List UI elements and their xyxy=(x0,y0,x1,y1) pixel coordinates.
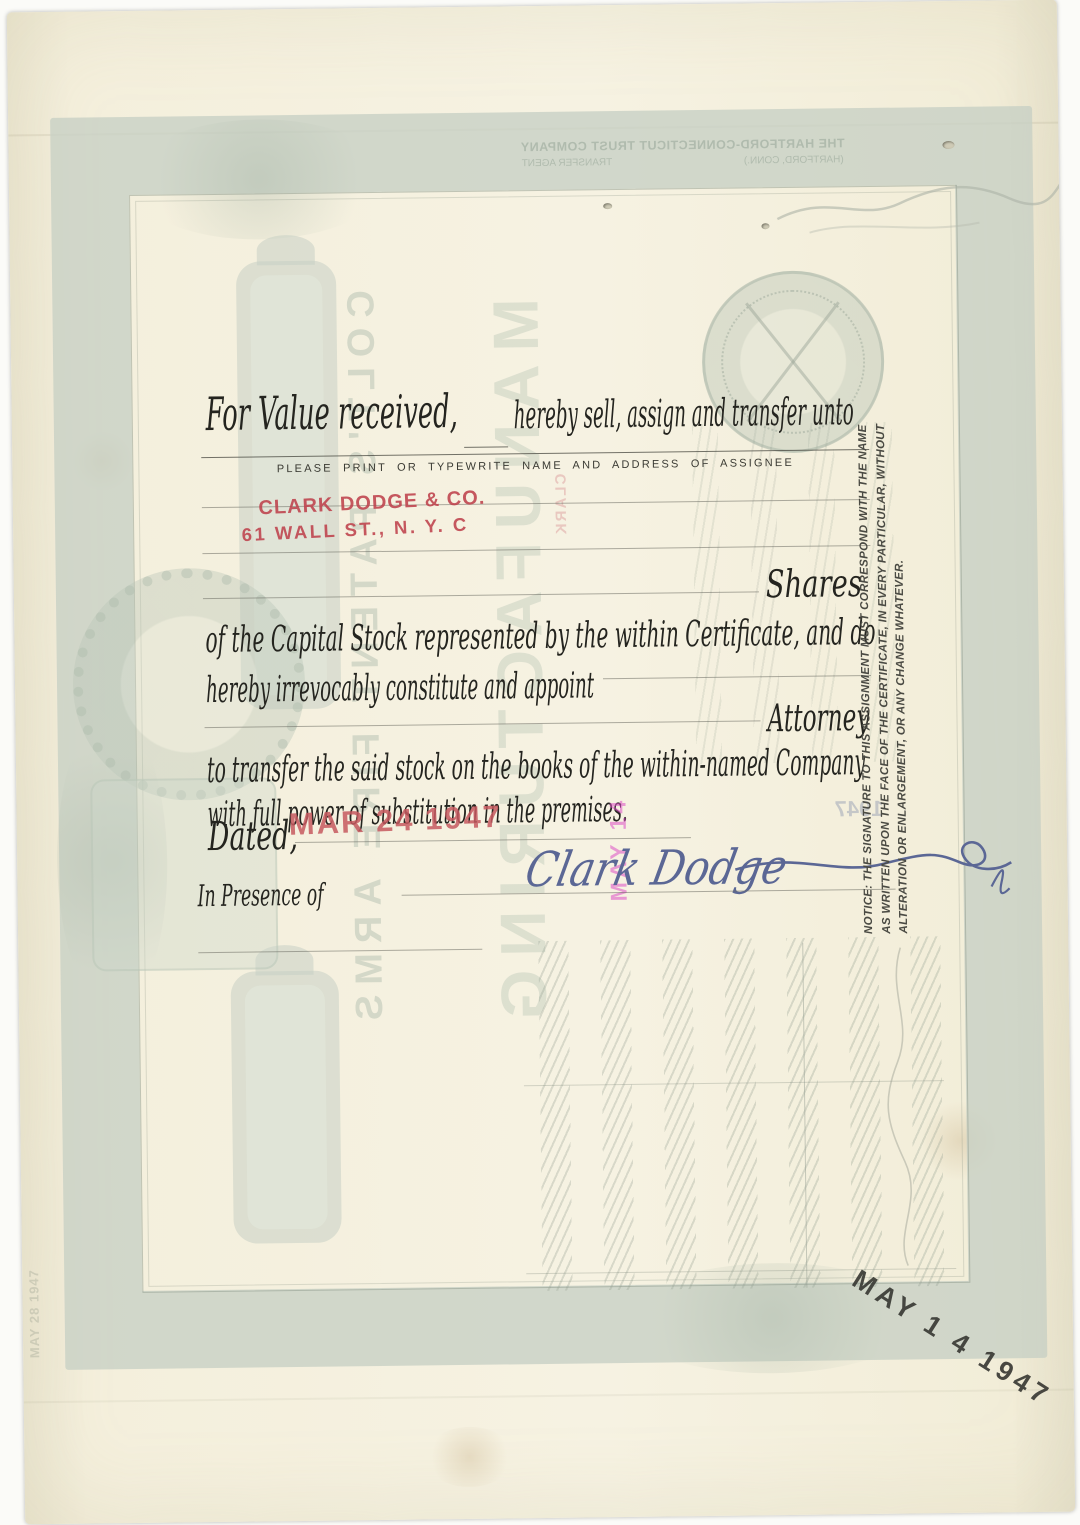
signature-ink: Clark Dodge xyxy=(405,822,1022,922)
dated-label-svg: Dated, xyxy=(205,799,316,870)
age-spot xyxy=(424,1426,515,1487)
paper-hole xyxy=(761,223,769,229)
scanned-certificate-page: THE HARTFORD-CONNECTICUT TRUST COMPANY (… xyxy=(0,0,1080,1525)
body-line2-svg: hereby irrevocably constitute and appoin… xyxy=(204,651,605,716)
agent-role-mirrored: TRANSFER AGENT xyxy=(522,157,613,169)
pencil-signature-bleedthrough xyxy=(769,150,1070,254)
opening-rest-svg: hereby sell, assign and transfer unto xyxy=(511,374,862,444)
mirrored-red-stamp: CLARK xyxy=(552,474,570,594)
opening-script-text: For Value received, xyxy=(205,384,458,441)
edge-date-stamp-bleedthrough: MAY 28 1947 xyxy=(26,1218,43,1358)
signature-notice: NOTICE: THE SIGNATURE TO THIS ASSIGNMENT… xyxy=(854,377,915,934)
opening-rest-text: hereby sell, assign and transfer unto xyxy=(513,389,854,437)
witness-label-svg: In Presence of xyxy=(195,861,336,919)
certificate-paper: THE HARTFORD-CONNECTICUT TRUST COMPANY (… xyxy=(7,0,1075,1524)
opening-script-svg: For Value received, xyxy=(203,367,484,450)
pencil-note-bleedthrough xyxy=(878,941,922,1271)
ornament-banner-bottom xyxy=(231,970,342,1243)
dated-label-text: Dated, xyxy=(207,813,298,860)
signature-name-text: Clark Dodge xyxy=(521,839,792,898)
agent-name-mirrored: THE HARTFORD-CONNECTICUT TRUST COMPANY xyxy=(507,136,857,154)
witness-label-text: In Presence of xyxy=(197,878,327,915)
paper-crease xyxy=(24,1389,1074,1404)
body-line2-text: hereby irrevocably constitute and appoin… xyxy=(206,665,595,711)
